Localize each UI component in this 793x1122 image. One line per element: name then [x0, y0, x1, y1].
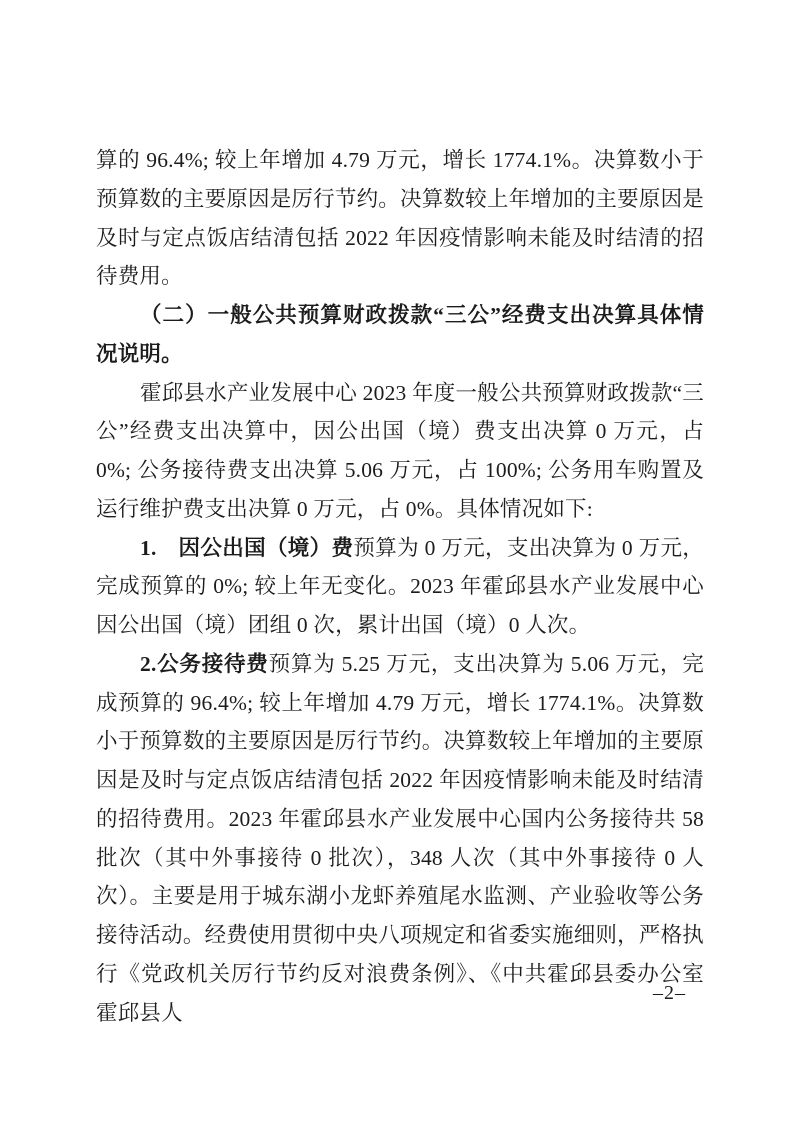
document-body: 算的 96.4%; 较上年增加 4.79 万元，增长 1774.1%。决算数小于… [96, 141, 704, 1032]
text-run: 算的 96.4%; 较上年增加 4.79 万元，增长 1774.1%。决算数小于… [96, 148, 704, 288]
para-carryover: 算的 96.4%; 较上年增加 4.79 万元，增长 1774.1%。决算数小于… [96, 141, 704, 296]
bold-text-run: （二）一般公共预算财政拨款“三公”经费支出决算具体情况说明。 [96, 303, 704, 366]
text-run: 霍邱县水产业发展中心 2023 年度一般公共预算财政拨款“三公”经费支出决算中，… [96, 381, 704, 521]
text-run: 预算为 5.25 万元，支出决算为 5.06 万元，完成预算的 96.4%; 较… [96, 652, 726, 1025]
heading-section-two: （二）一般公共预算财政拨款“三公”经费支出决算具体情况说明。 [96, 296, 704, 374]
document-page: 算的 96.4%; 较上年增加 4.79 万元，增长 1774.1%。决算数小于… [0, 0, 793, 1122]
para-item-2-reception-expense: 2.公务接待费预算为 5.25 万元，支出决算为 5.06 万元，完成预算的 9… [96, 645, 704, 1033]
para-overview: 霍邱县水产业发展中心 2023 年度一般公共预算财政拨款“三公”经费支出决算中，… [96, 374, 704, 529]
page-number: –2– [653, 981, 686, 1005]
bold-text-run: 1. 因公出国（境）费 [140, 536, 353, 560]
bold-text-run: 2.公务接待费 [140, 652, 269, 676]
para-item-1-abroad-expense: 1. 因公出国（境）费预算为 0 万元，支出决算为 0 万元，完成预算的 0%;… [96, 529, 704, 645]
